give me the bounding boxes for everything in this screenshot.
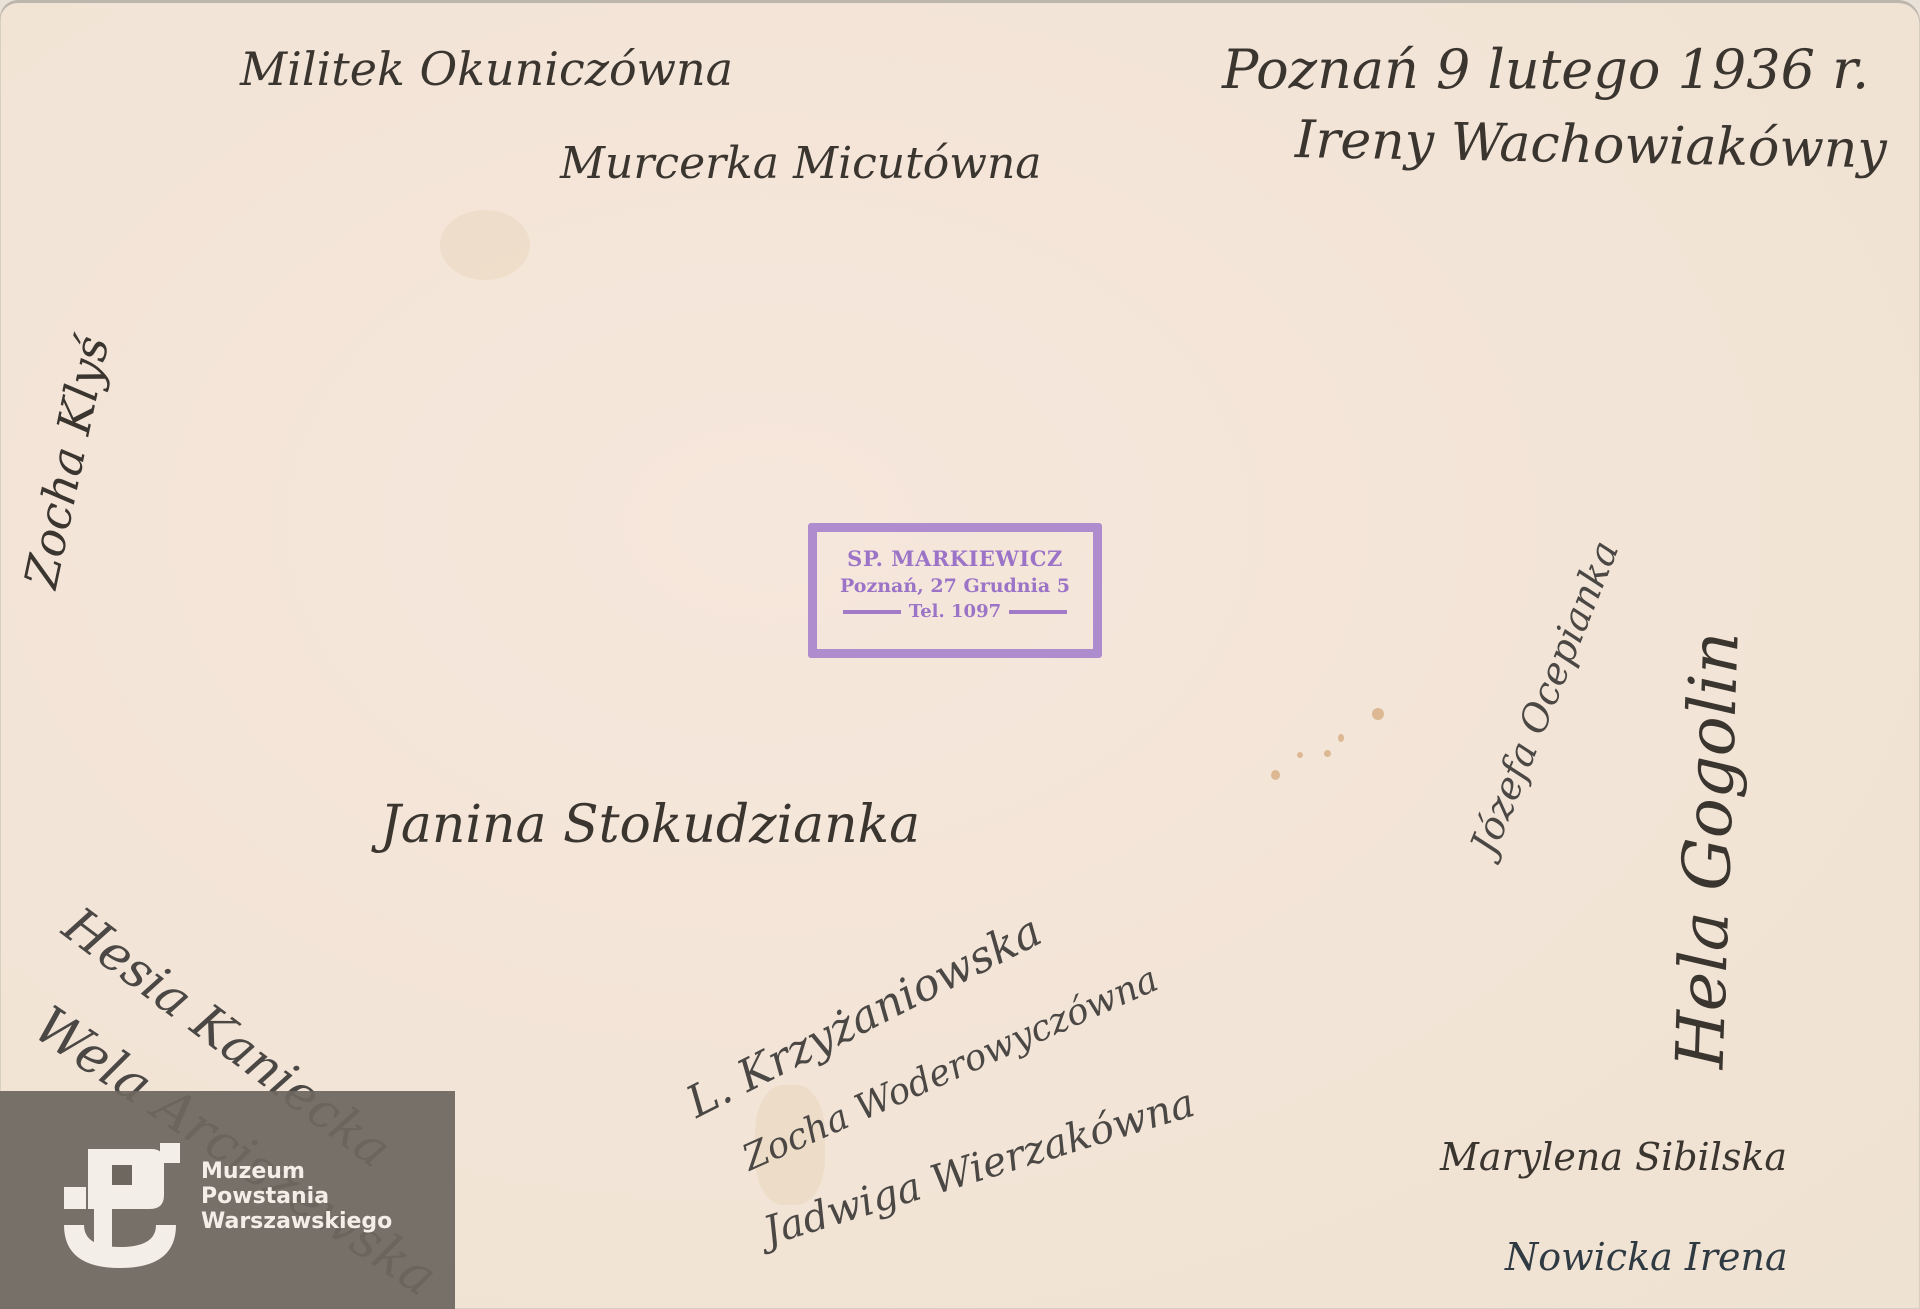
signature-date-line: Poznań 9 lutego 1936 r. <box>1222 38 1869 101</box>
ink-spot <box>1271 770 1280 780</box>
stamp-name: SP. MARKIEWICZ <box>817 546 1093 571</box>
ink-spot <box>1324 750 1331 757</box>
signature: Zocha Klyś <box>14 331 120 592</box>
ink-spot <box>1338 734 1344 742</box>
stamp-phone: Tel. 1097 <box>909 601 1001 622</box>
paper-stain <box>440 210 530 280</box>
museum-name-line: Powstania <box>201 1184 392 1209</box>
stamp-address: Poznań, 27 Grudnia 5 <box>817 575 1093 597</box>
postcard-reverse: Poznań 9 lutego 1936 r. Ireny Wachowiakó… <box>0 0 1920 1309</box>
ink-spot <box>1372 708 1384 720</box>
stamp-phone-row: Tel. 1097 <box>817 601 1093 622</box>
signature: Nowicka Irena <box>1505 1235 1788 1279</box>
signature: Józefa Ocepianka <box>1462 534 1628 860</box>
museum-name: Muzeum Powstania Warszawskiego <box>201 1159 392 1234</box>
museum-name-line: Muzeum <box>201 1159 392 1184</box>
museum-watermark: Muzeum Powstania Warszawskiego <box>0 1091 455 1309</box>
stamp-rule <box>843 610 901 614</box>
signature: Janina Stokudzianka <box>380 795 920 855</box>
museum-name-line: Warszawskiego <box>201 1209 392 1234</box>
signature: Militek Okuniczówna <box>240 42 733 96</box>
ink-spot <box>1297 752 1303 758</box>
photographer-stamp: SP. MARKIEWICZ Poznań, 27 Grudnia 5 Tel.… <box>808 523 1102 658</box>
signature: Murcerka Micutówna <box>560 138 1042 189</box>
signature-dedication: Ireny Wachowiakówny <box>1294 110 1887 180</box>
stamp-rule <box>1009 610 1067 614</box>
signature: Hela Gogolin <box>1662 630 1754 1070</box>
kotwica-anchor-icon <box>60 1143 180 1273</box>
signature: Marylena Sibilska <box>1440 1135 1787 1179</box>
